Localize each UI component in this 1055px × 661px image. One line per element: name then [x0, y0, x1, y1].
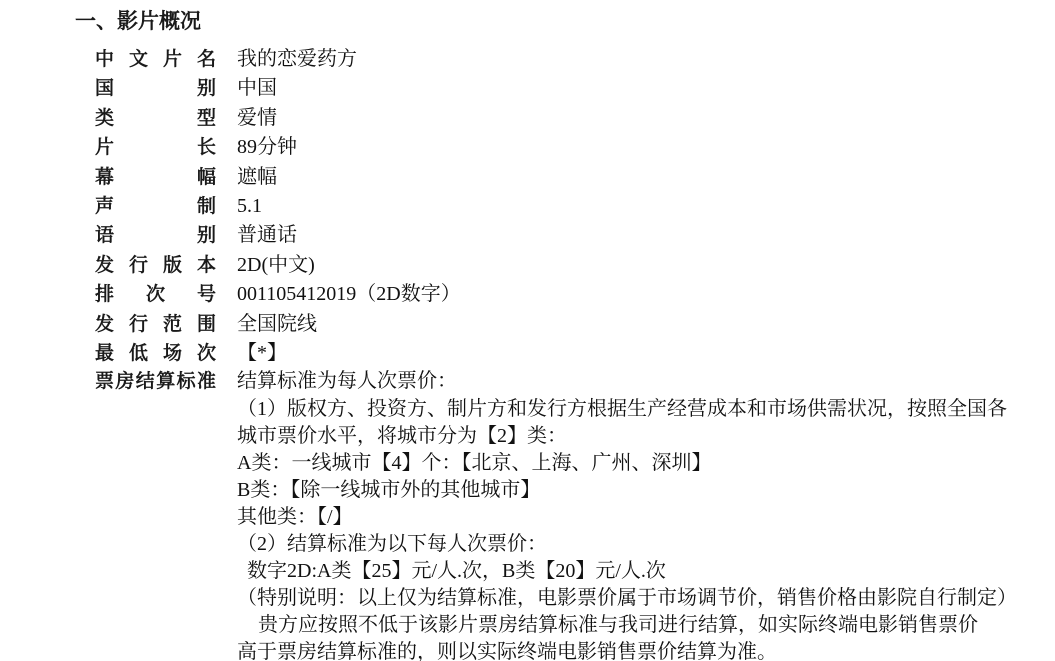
- field-row-country: 国别 中国: [95, 74, 1017, 103]
- field-row-serial-number: 排次号 001105412019（2D数字）: [95, 280, 1017, 309]
- field-value: 我的恋爱药方: [237, 45, 357, 74]
- field-row-runtime: 片长 89分钟: [95, 133, 1017, 162]
- section-title: 一、影片概况: [75, 9, 201, 35]
- settlement-line: B类：【除一线城市外的其他城市】: [237, 477, 1017, 504]
- field-row-language: 语别 普通话: [95, 221, 1017, 250]
- field-value: 中国: [237, 74, 277, 103]
- field-value: 001105412019（2D数字）: [237, 280, 461, 309]
- settlement-line: 其他类：【/】: [237, 504, 1017, 531]
- settlement-line: 数字2D:A类【25】元/人.次，B类【20】元/人.次: [237, 558, 1017, 585]
- field-value: 89分钟: [237, 133, 297, 162]
- settlement-line: （2）结算标准为以下每人次票价：: [237, 531, 1017, 558]
- field-label: 中文片名: [95, 45, 216, 74]
- settlement-line: 结算标准为每人次票价：: [237, 368, 1017, 395]
- field-label: 语别: [95, 221, 216, 250]
- field-label: 发行版本: [95, 251, 216, 280]
- settlement-line: （特别说明：以上仅为结算标准，电影票价属于市场调节价，销售价格由影院自行制定）: [237, 585, 1017, 612]
- field-label: 片长: [95, 133, 216, 162]
- field-value: 2D(中文): [237, 251, 315, 280]
- field-label: 票房结算标准: [95, 368, 216, 395]
- field-value: 普通话: [237, 221, 297, 250]
- film-info-fields: 中文片名 我的恋爱药方 国别 中国 类型 爱情 片长 89分钟 幕幅 遮幅 声制…: [95, 45, 1017, 661]
- field-label: 排次号: [95, 280, 216, 309]
- field-label: 最低场次: [95, 339, 216, 368]
- settlement-line: （1）版权方、投资方、制片方和发行方根据生产经营成本和市场供需状况，按照全国各: [237, 396, 1017, 423]
- field-row-min-screenings: 最低场次 【*】: [95, 339, 1017, 368]
- field-row-release-scope: 发行范围 全国院线: [95, 310, 1017, 339]
- field-label: 声制: [95, 192, 216, 221]
- field-row-aspect: 幕幅 遮幅: [95, 163, 1017, 192]
- settlement-line: A类：一线城市【4】个：【北京、上海、广州、深圳】: [237, 450, 1017, 477]
- field-label: 幕幅: [95, 163, 216, 192]
- document-page: 一、影片概况 中文片名 我的恋爱药方 国别 中国 类型 爱情 片长 89分钟 幕…: [0, 0, 1055, 661]
- field-row-settlement-standard: 票房结算标准 结算标准为每人次票价： （1）版权方、投资方、制片方和发行方根据生…: [95, 368, 1017, 661]
- field-label: 类型: [95, 104, 216, 133]
- field-row-chinese-title: 中文片名 我的恋爱药方: [95, 45, 1017, 74]
- field-value: 5.1: [237, 192, 262, 221]
- field-value: 爱情: [237, 104, 277, 133]
- field-label: 发行范围: [95, 310, 216, 339]
- field-row-release-version: 发行版本 2D(中文): [95, 251, 1017, 280]
- field-row-genre: 类型 爱情: [95, 104, 1017, 133]
- field-value: 全国院线: [237, 310, 317, 339]
- field-value: 遮幅: [237, 163, 277, 192]
- field-label: 国别: [95, 74, 216, 103]
- settlement-standard-text: 结算标准为每人次票价： （1）版权方、投资方、制片方和发行方根据生产经营成本和市…: [237, 368, 1017, 661]
- settlement-line: 高于票房结算标准的，则以实际终端电影销售票价结算为准。: [237, 639, 1017, 661]
- field-value: 【*】: [237, 339, 287, 368]
- settlement-line: 贵方应按照不低于该影片票房结算标准与我司进行结算，如实际终端电影销售票价: [237, 612, 1017, 639]
- settlement-line: 城市票价水平，将城市分为【2】类：: [237, 423, 1017, 450]
- field-row-sound: 声制 5.1: [95, 192, 1017, 221]
